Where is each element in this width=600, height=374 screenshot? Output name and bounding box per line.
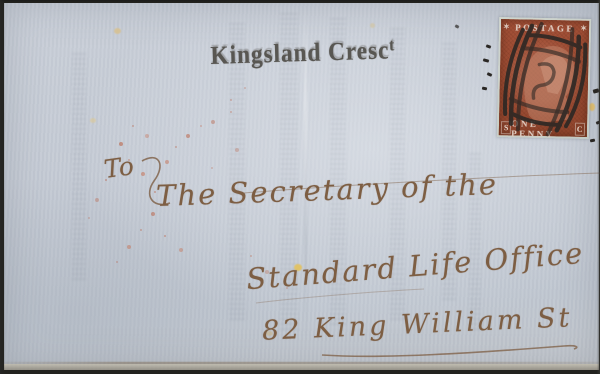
- penny-red-stamp: ✶ POSTAGE ✶ S ONE PENNY C: [497, 17, 591, 139]
- foxing-spot: [90, 118, 96, 123]
- cancel-stray-mark: [482, 87, 487, 91]
- handstamp-superscript: t: [389, 35, 396, 54]
- photo-edge-left: [0, 0, 5, 374]
- foxing-spot: [370, 23, 375, 28]
- numeral-cancellation: [483, 9, 600, 151]
- foxing-spot: [114, 28, 121, 34]
- photo-edge-top: [0, 0, 600, 3]
- kingsland-handstamp: Kingsland Cresct: [210, 35, 396, 71]
- handstamp-text: Kingsland Cresc: [210, 35, 390, 70]
- envelope-paper: Kingsland Cresct To The Secretary of the…: [4, 3, 599, 370]
- address-salutation: To: [102, 151, 136, 184]
- showthrough-column: [72, 53, 86, 283]
- paper-bottom-edge: [4, 364, 599, 370]
- photo-of-victorian-letter: Kingsland Cresct To The Secretary of the…: [0, 0, 600, 374]
- cancel-stray-mark: [455, 24, 460, 29]
- address-line-3: 82 King William St: [261, 302, 573, 347]
